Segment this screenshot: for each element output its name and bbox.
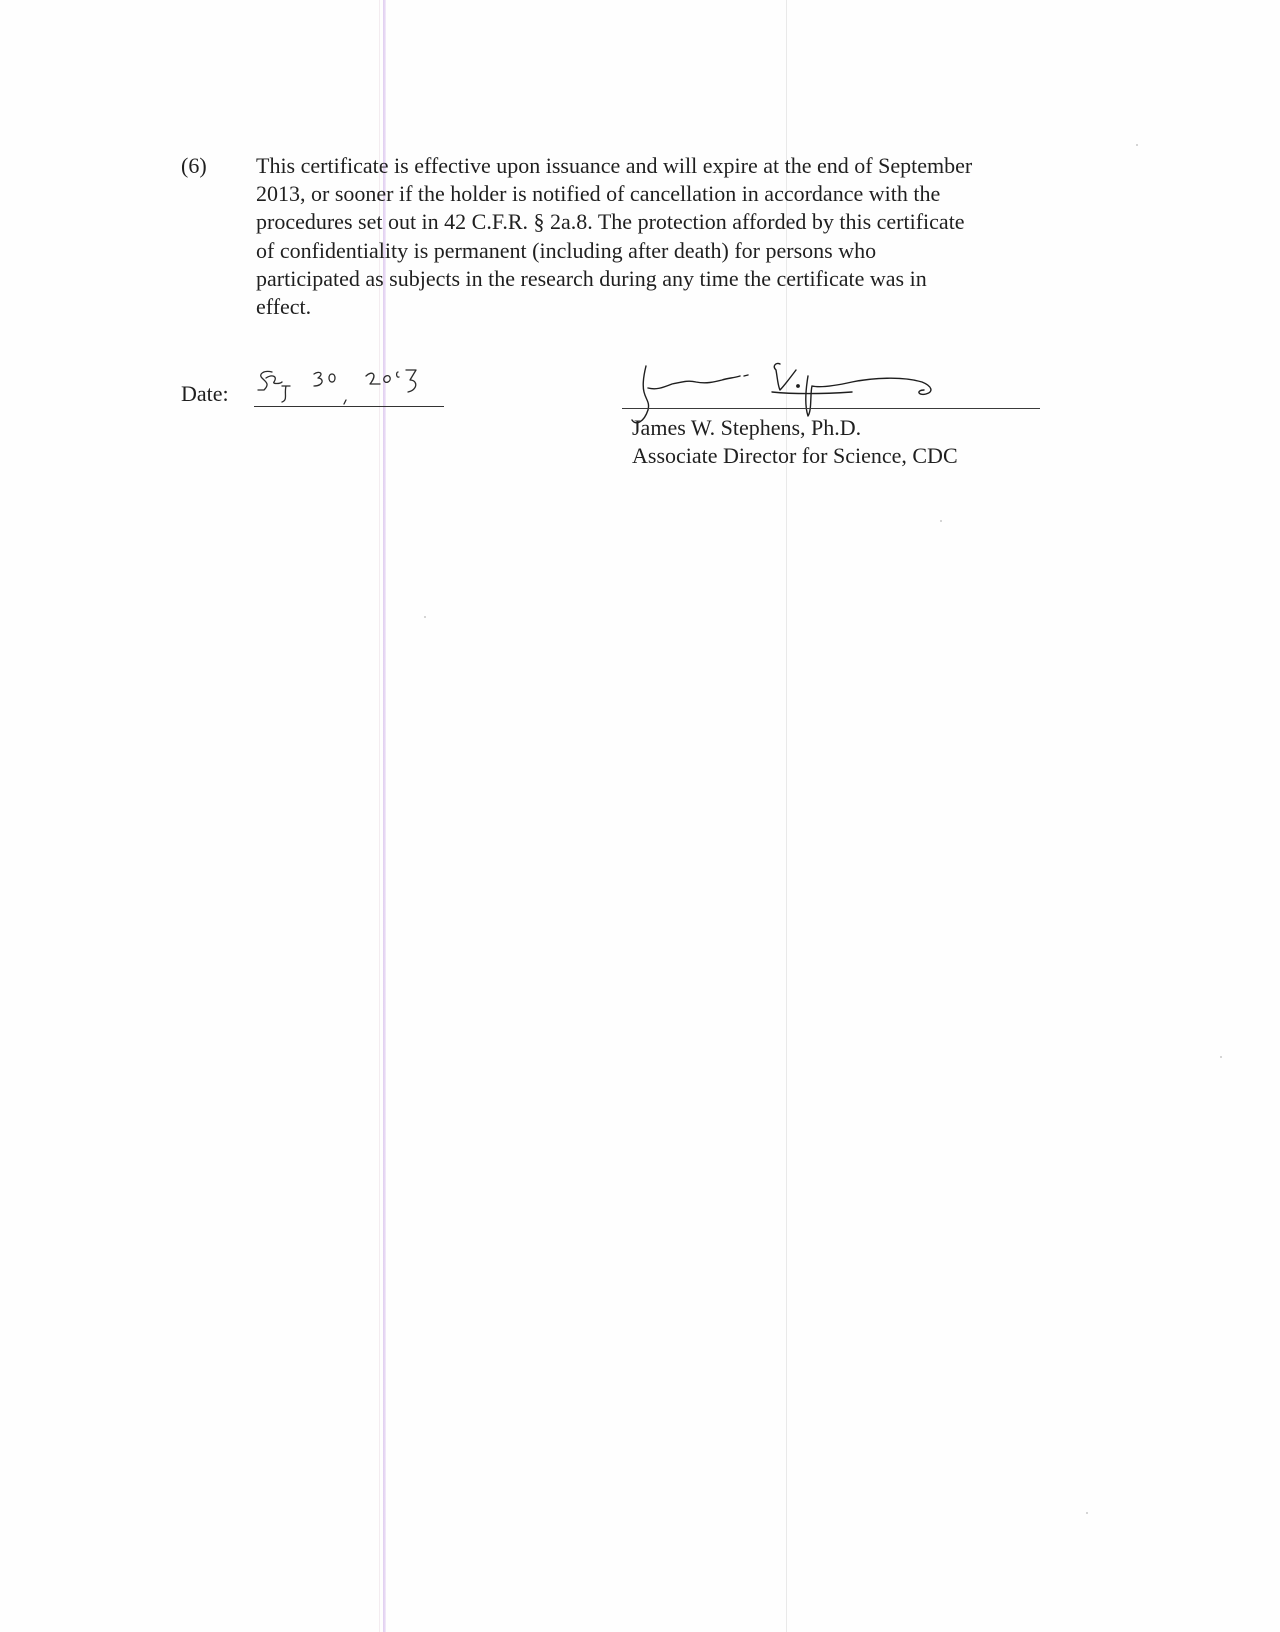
paragraph-text: This certificate is effective upon issua…: [256, 152, 1086, 321]
paragraph-line: effect.: [256, 293, 1086, 321]
paragraph-line: 2013, or sooner if the holder is notifie…: [256, 180, 1086, 208]
signer-name: James W. Stephens, Ph.D.: [632, 414, 861, 442]
scan-speck: [940, 520, 942, 522]
scanned-document-page: (6) This certificate is effective upon i…: [0, 0, 1280, 1632]
signer-title: Associate Director for Science, CDC: [632, 442, 958, 470]
handwritten-date-icon: [254, 360, 444, 410]
scan-speck: [1136, 144, 1138, 146]
paragraph-line: procedures set out in 42 C.F.R. § 2a.8. …: [256, 208, 1086, 236]
paragraph-line: of confidentiality is permanent (includi…: [256, 237, 1086, 265]
paragraph-line: This certificate is effective upon issua…: [256, 152, 1086, 180]
paragraph-line: participated as subjects in the research…: [256, 265, 1086, 293]
scan-speck: [1220, 1056, 1222, 1058]
date-label: Date:: [181, 380, 229, 408]
handwritten-date: Sep 30, 2003: [254, 360, 444, 410]
scan-speck: [424, 616, 426, 618]
scan-speck: [1086, 1512, 1088, 1514]
signature-line: [622, 408, 1040, 409]
paragraph-number: (6): [181, 152, 207, 180]
